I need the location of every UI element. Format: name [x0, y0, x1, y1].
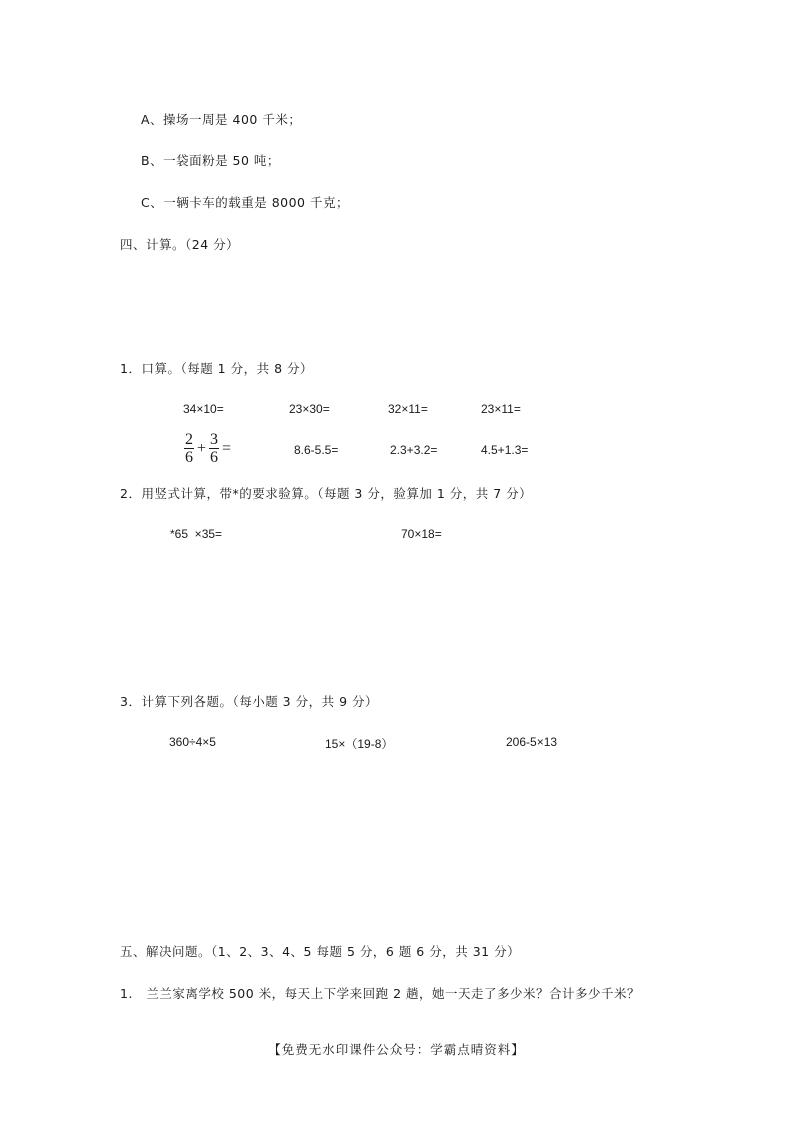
oral-calc-6: 8.6-5.5= [294, 443, 338, 457]
vertical-calc-2: 70×18= [401, 527, 442, 541]
option-b: B、一袋面粉是 50 吨； [141, 151, 280, 169]
calc-item-2: 15×（19-8） [325, 735, 393, 752]
q1-title: 1．口算。（每题 1 分，共 8 分） [120, 359, 313, 377]
calc-item-1: 360÷4×5 [169, 735, 216, 749]
footer-note: 【免费无水印课件公众号：学霸点晴资料】 [0, 1040, 793, 1058]
fraction-2: 3 6 [209, 432, 219, 466]
oral-calc-8: 4.5+1.3= [481, 443, 528, 457]
oral-calc-1: 34×10= [183, 402, 224, 416]
fraction-expression: 2 6 + 3 6 = [184, 432, 234, 466]
section-4-title: 四、计算。（24 分） [120, 235, 239, 253]
calc-item-3: 206-5×13 [506, 735, 557, 749]
problem-1: 1. 兰兰家离学校 500 米，每天上下学来回跑 2 趟，她一天走了多少米？合计… [120, 984, 640, 1002]
option-a: A、操场一周是 400 千米； [141, 110, 301, 128]
q2-title: 2．用竖式计算，带*的要求验算。（每题 3 分，验算加 1 分，共 7 分） [120, 484, 532, 502]
section-5-title: 五、解决问题。（1、2、3、4、5 每题 5 分，6 题 6 分，共 31 分） [120, 942, 520, 960]
oral-calc-7: 2.3+3.2= [390, 443, 437, 457]
q3-title: 3．计算下列各题。（每小题 3 分，共 9 分） [120, 692, 378, 710]
oral-calc-4: 23×11= [481, 402, 521, 416]
oral-calc-3: 32×11= [388, 402, 428, 416]
vertical-calc-1: *65 ×35= [170, 527, 222, 541]
option-c: C、一辆卡车的载重是 8000 千克； [141, 193, 349, 211]
oral-calc-2: 23×30= [289, 402, 330, 416]
fraction-1: 2 6 [184, 432, 194, 466]
